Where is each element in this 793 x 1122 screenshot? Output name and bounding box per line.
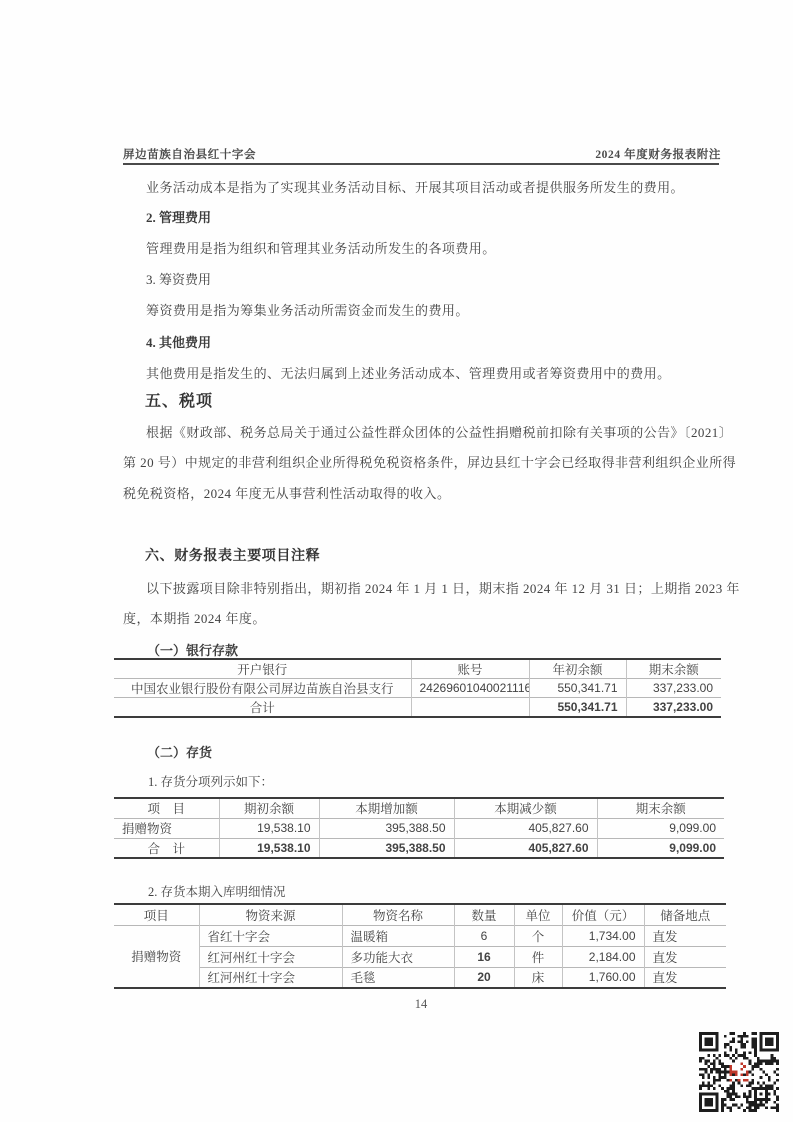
total-label-cell: 合计 [114, 698, 411, 718]
tax-paragraph-line2: 第 20 号）中规定的非营利组织企业所得税免税资格条件，屏边县红十字会已经取得非… [123, 452, 736, 471]
header-rule [123, 163, 719, 165]
total-empty-cell [411, 698, 529, 718]
value-cell: 1,760.00 [562, 967, 644, 988]
col-header-item: 项 目 [114, 798, 219, 818]
col-header-bank: 开户银行 [114, 659, 411, 679]
paragraph-other-expense: 其他费用是指发生的、无法归属到上述业务活动成本、管理费用或者筹资费用中的费用。 [123, 363, 671, 382]
subheading-inventory-inbound: 2. 存货本期入库明细情况 [148, 882, 286, 900]
account-number-cell: 24269601040021116 [411, 679, 529, 698]
total-opening-cell: 19,538.10 [219, 838, 319, 858]
subheading-inventory-breakdown: 1. 存货分项列示如下： [148, 772, 273, 790]
inbound-row-2: 红河州红十字会 多功能大衣 16 件 2,184.00 直发 [114, 946, 726, 967]
closing-cell: 9,099.00 [597, 818, 724, 838]
source-cell: 红河州红十字会 [199, 946, 342, 967]
unit-cell: 个 [514, 925, 562, 946]
col-header-value: 价值（元） [562, 904, 644, 925]
closing-balance-cell: 337,233.00 [626, 679, 721, 698]
value-cell: 1,734.00 [562, 925, 644, 946]
qty-cell: 16 [454, 946, 514, 967]
source-cell: 红河州红十字会 [199, 967, 342, 988]
total-decrease-cell: 405,827.60 [454, 838, 597, 858]
col-header-opening: 期初余额 [219, 798, 319, 818]
heading-section6-notes: 六、财务报表主要项目注释 [145, 545, 320, 565]
header-report-title: 2024 年度财务报表附注 [595, 146, 721, 162]
paragraph-fundraising-expense: 筹资费用是指为筹集业务活动所需资金而发生的费用。 [123, 300, 469, 319]
col-header-qty: 数量 [454, 904, 514, 925]
qty-cell: 20 [454, 967, 514, 988]
inventory-inbound-table: 项目 物资来源 物资名称 数量 单位 价值（元） 储备地点 捐赠物资 省红十字会… [114, 903, 726, 989]
increase-cell: 395,388.50 [319, 818, 454, 838]
col-header-closing: 期末余额 [626, 659, 721, 679]
material-cell: 温暖箱 [342, 925, 454, 946]
total-label-cell: 合 计 [114, 838, 219, 858]
col-header-closing: 期末余额 [597, 798, 724, 818]
inventory-summary-table: 项 目 期初余额 本期增加额 本期减少额 期末余额 捐赠物资 19,538.10… [114, 797, 724, 859]
col-header-increase: 本期增加额 [319, 798, 454, 818]
paragraph-activity-cost: 业务活动成本是指为了实现其业务活动目标、开展其项目活动或者提供服务所发生的费用。 [123, 177, 684, 196]
inbound-table-header-row: 项目 物资来源 物资名称 数量 单位 价值（元） 储备地点 [114, 904, 726, 925]
heading-item2-admin-expense: 2. 管理费用 [146, 207, 211, 226]
tax-paragraph-line3: 税免税资格，2024 年度无从事营利性活动取得的收入。 [123, 483, 450, 502]
qr-code [699, 1032, 779, 1112]
group-label-cell: 捐赠物资 [114, 925, 199, 988]
page-number: 14 [123, 997, 719, 1012]
inventory-table-total-row: 合 计 19,538.10 395,388.50 405,827.60 9,09… [114, 838, 724, 858]
opening-cell: 19,538.10 [219, 818, 319, 838]
heading-section5-tax: 五、税项 [145, 388, 213, 411]
col-header-decrease: 本期减少额 [454, 798, 597, 818]
disclosure-line2: 度，本期指 2024 年度。 [123, 608, 266, 627]
heading-inventory: （二）存货 [147, 742, 212, 761]
item-name-cell: 捐赠物资 [114, 818, 219, 838]
value-cell: 2,184.00 [562, 946, 644, 967]
qty-cell: 6 [454, 925, 514, 946]
location-cell: 直发 [644, 946, 726, 967]
heading-item4-other-expense: 4. 其他费用 [146, 332, 211, 351]
col-header-material: 物资名称 [342, 904, 454, 925]
col-header-unit: 单位 [514, 904, 562, 925]
unit-cell: 床 [514, 967, 562, 988]
qr-code-image [699, 1032, 779, 1112]
total-increase-cell: 395,388.50 [319, 838, 454, 858]
inbound-row-1: 捐赠物资 省红十字会 温暖箱 6 个 1,734.00 直发 [114, 925, 726, 946]
total-closing-cell: 337,233.00 [626, 698, 721, 718]
opening-balance-cell: 550,341.71 [529, 679, 626, 698]
inventory-table-row: 捐赠物资 19,538.10 395,388.50 405,827.60 9,0… [114, 818, 724, 838]
paragraph-admin-expense: 管理费用是指为组织和管理其业务活动所发生的各项费用。 [123, 238, 496, 257]
disclosure-line1: 以下披露项目除非特别指出，期初指 2024 年 1 月 1 日，期末指 2024… [123, 578, 740, 597]
location-cell: 直发 [644, 967, 726, 988]
bank-deposits-table: 开户银行 账号 年初余额 期末余额 中国农业银行股份有限公司屏边苗族自治县支行 … [114, 658, 721, 718]
bank-table-total-row: 合计 550,341.71 337,233.00 [114, 698, 721, 718]
bank-table-header-row: 开户银行 账号 年初余额 期末余额 [114, 659, 721, 679]
col-header-location: 储备地点 [644, 904, 726, 925]
document-page: 屏边苗族自治县红十字会 2024 年度财务报表附注 业务活动成本是指为了实现其业… [0, 0, 793, 1122]
location-cell: 直发 [644, 925, 726, 946]
col-header-item: 项目 [114, 904, 199, 925]
inventory-table-header-row: 项 目 期初余额 本期增加额 本期减少额 期末余额 [114, 798, 724, 818]
tax-paragraph-line1: 根据《财政部、税务总局关于通过公益性群众团体的公益性捐赠税前扣除有关事项的公告》… [123, 422, 732, 441]
bank-name-cell: 中国农业银行股份有限公司屏边苗族自治县支行 [114, 679, 411, 698]
total-closing-cell: 9,099.00 [597, 838, 724, 858]
source-cell: 省红十字会 [199, 925, 342, 946]
decrease-cell: 405,827.60 [454, 818, 597, 838]
col-header-opening: 年初余额 [529, 659, 626, 679]
heading-bank-deposits: （一）银行存款 [147, 640, 238, 659]
inbound-row-3: 红河州红十字会 毛毯 20 床 1,760.00 直发 [114, 967, 726, 988]
unit-cell: 件 [514, 946, 562, 967]
col-header-account: 账号 [411, 659, 529, 679]
heading-item3-fundraising-expense: 3. 筹资费用 [146, 269, 211, 288]
col-header-source: 物资来源 [199, 904, 342, 925]
material-cell: 多功能大衣 [342, 946, 454, 967]
material-cell: 毛毯 [342, 967, 454, 988]
bank-table-row: 中国农业银行股份有限公司屏边苗族自治县支行 24269601040021116 … [114, 679, 721, 698]
header-organization: 屏边苗族自治县红十字会 [123, 146, 256, 162]
total-opening-cell: 550,341.71 [529, 698, 626, 718]
